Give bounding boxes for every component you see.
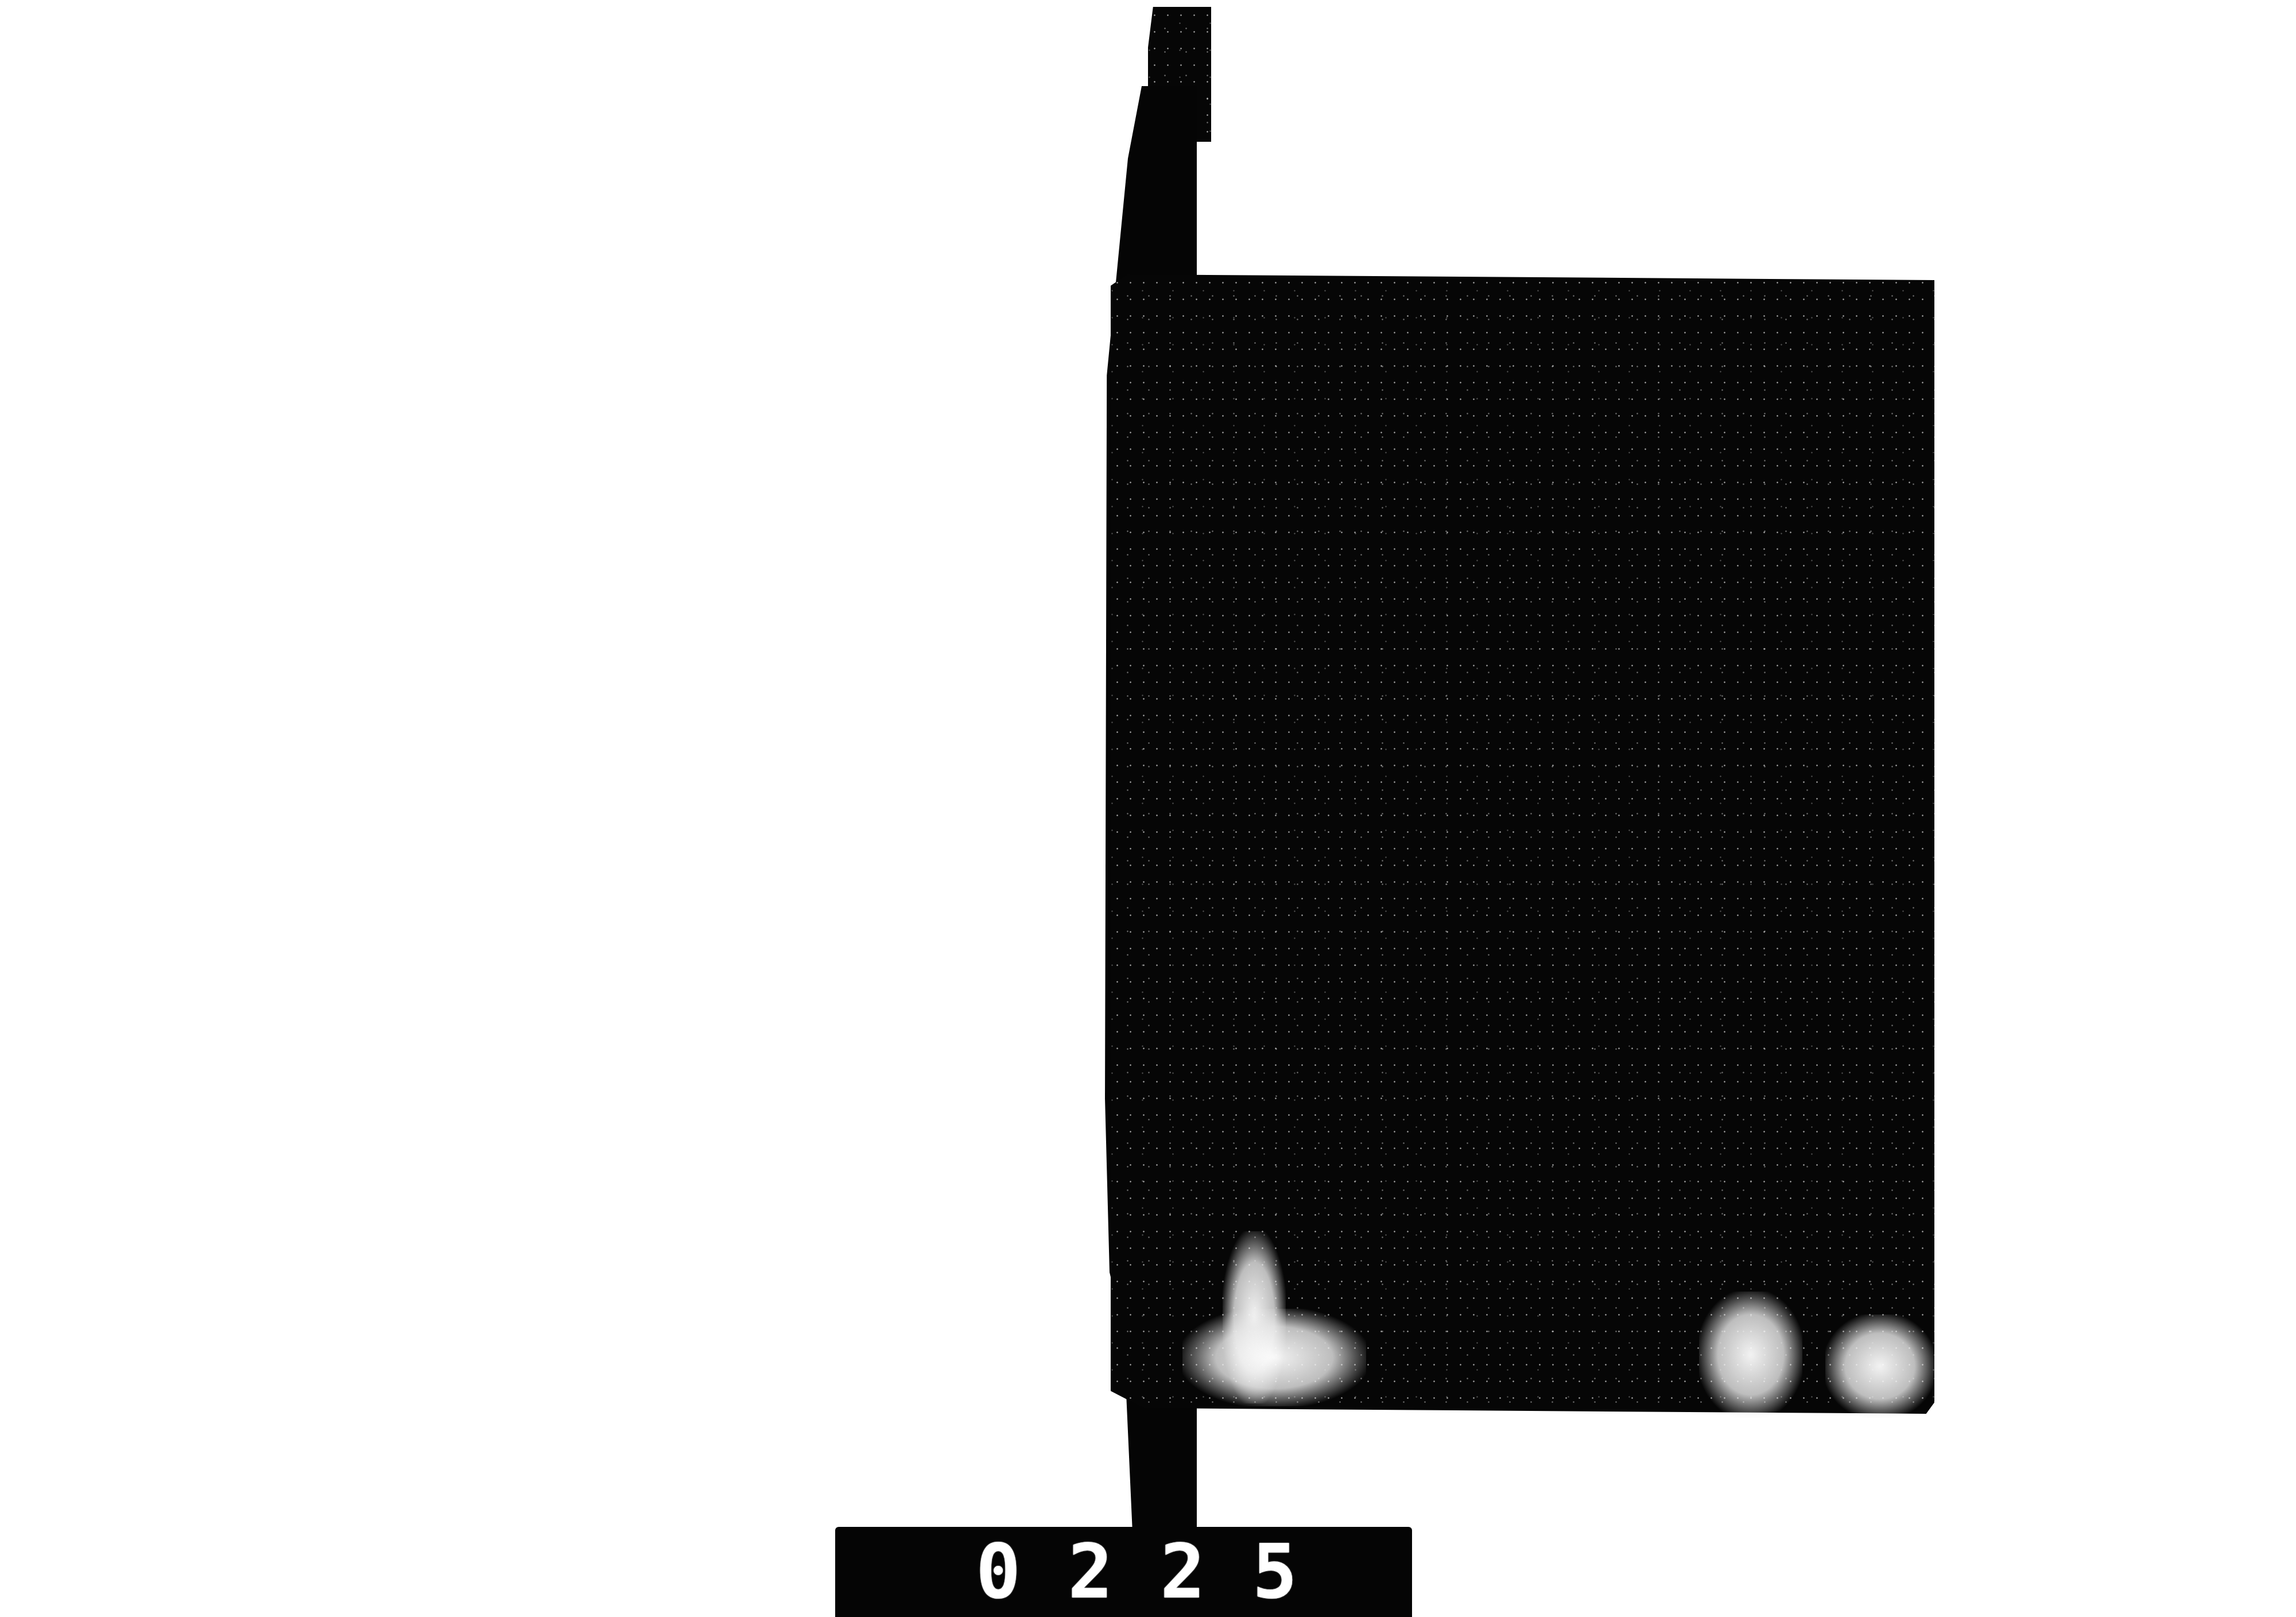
counter-digit-1: 0 bbox=[976, 1534, 1021, 1609]
cover-wear-right bbox=[1699, 1292, 1802, 1418]
counter-digit-3: 2 bbox=[1160, 1534, 1205, 1609]
cover-wear-left-lower bbox=[1182, 1309, 1366, 1406]
spine-bottom-stem bbox=[1134, 1412, 1185, 1533]
cover-wear-right-corner bbox=[1825, 1314, 1934, 1418]
microfilm-frame: 0 2 2 5 bbox=[0, 0, 2296, 1617]
counter-digit-4: 5 bbox=[1252, 1534, 1297, 1609]
frame-counter: 0 2 2 5 bbox=[976, 1531, 1297, 1612]
counter-digit-2: 2 bbox=[1068, 1534, 1113, 1609]
